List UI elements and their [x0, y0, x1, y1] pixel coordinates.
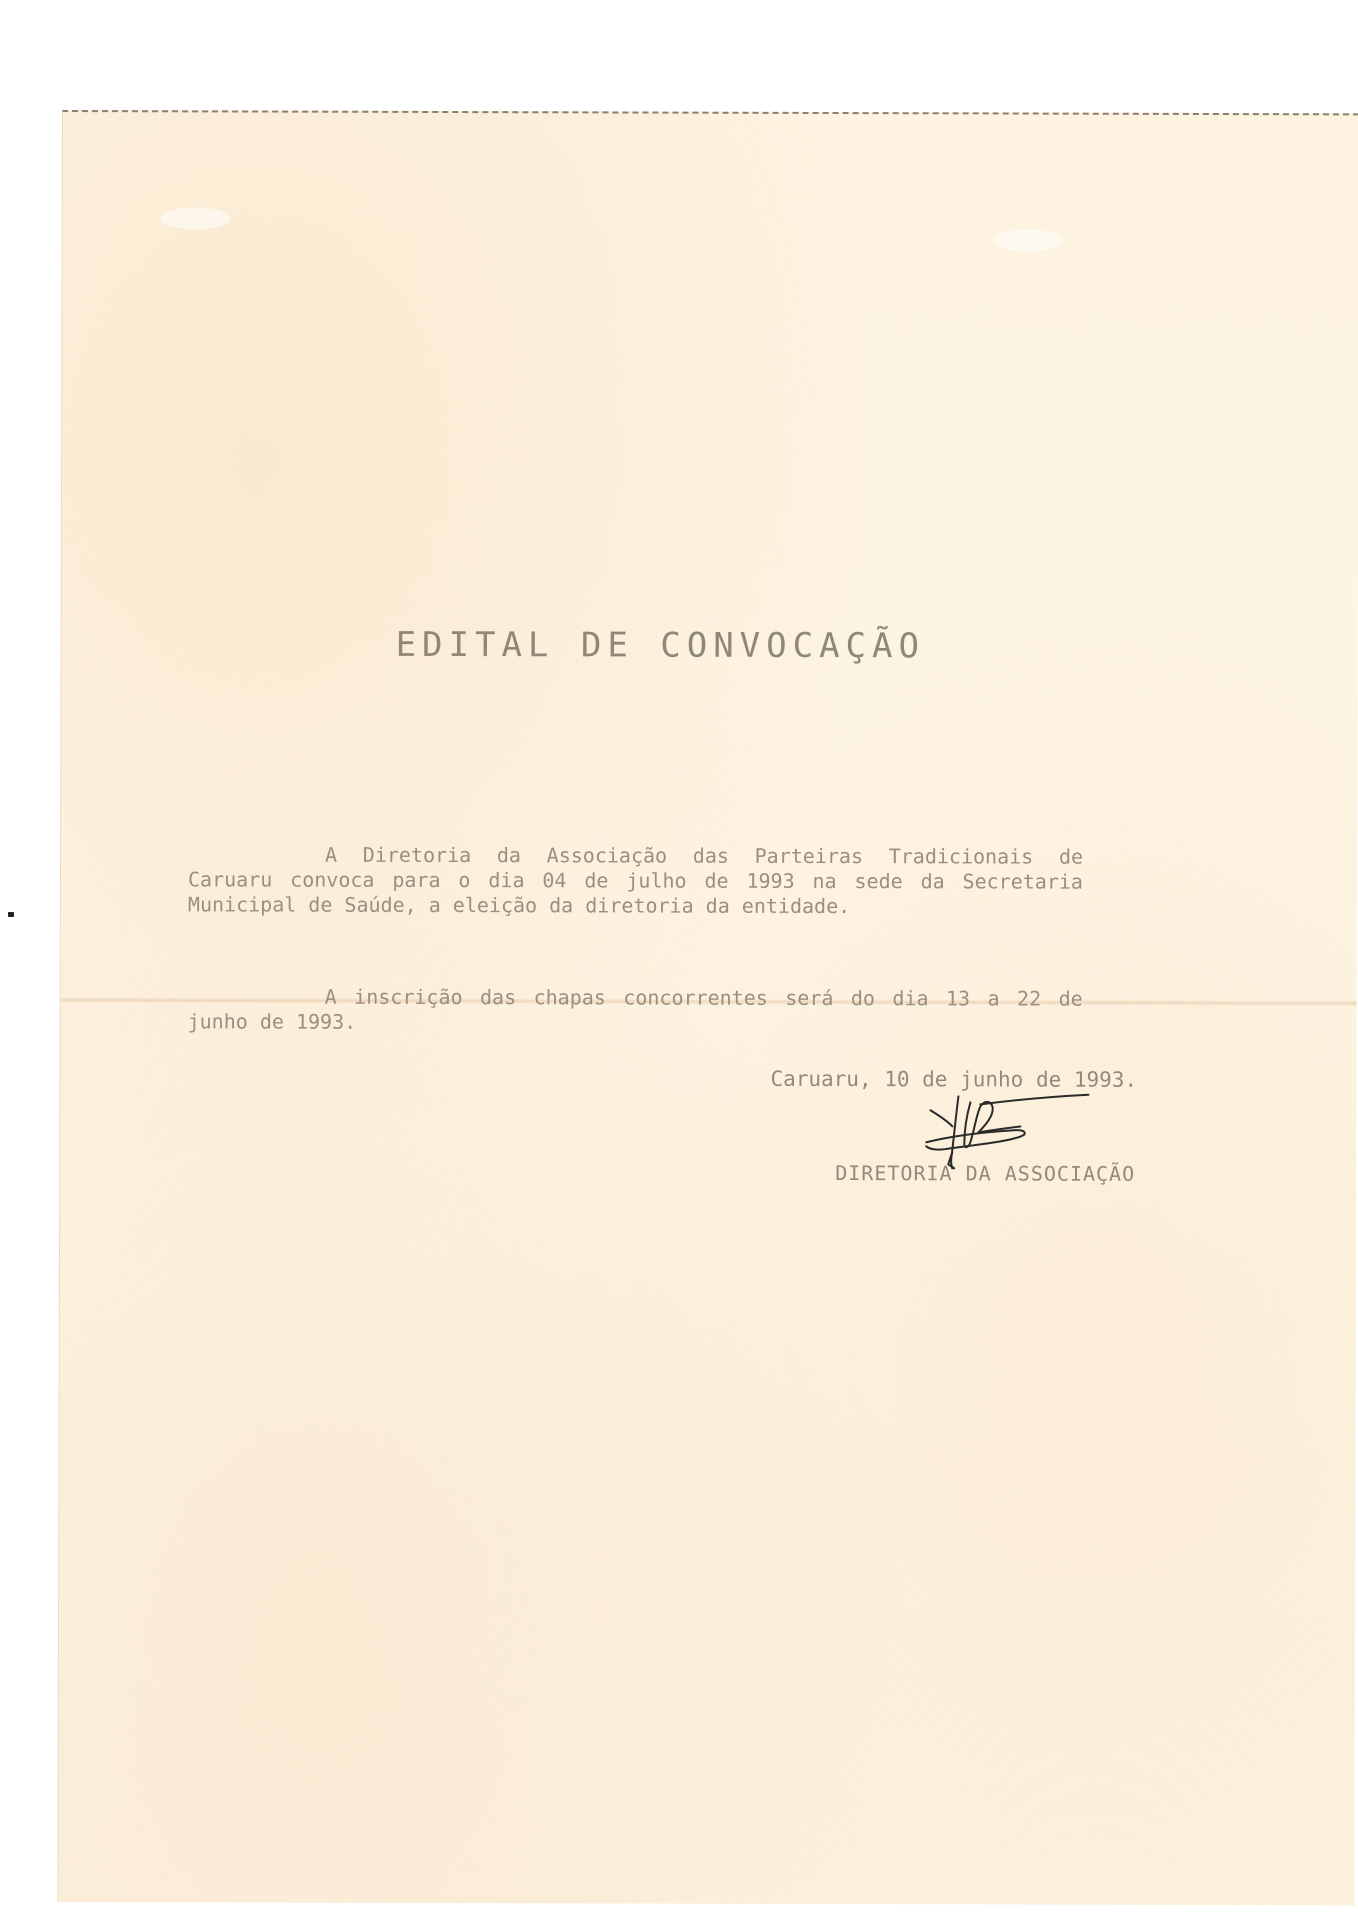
signatory-label: DIRETORIA DA ASSOCIAÇÃO	[835, 1161, 1135, 1186]
paragraph-registration: A inscrição das chapas concorrentes será…	[188, 984, 1083, 1036]
paper-smudge	[993, 229, 1063, 251]
document-title: EDITAL DE CONVOCAÇÃO	[396, 625, 926, 666]
paragraph-text: A inscrição das chapas concorrentes será…	[188, 985, 1083, 1034]
scan-artifact-dot	[8, 912, 14, 917]
document-page: EDITAL DE CONVOCAÇÃO A Diretoria da Asso…	[57, 110, 1358, 1905]
paragraph-convocation: A Diretoria da Associação das Parteiras …	[188, 842, 1083, 919]
place-date: Caruaru, 10 de junho de 1993.	[770, 1067, 1137, 1092]
paper-smudge	[161, 207, 231, 229]
paragraph-text: A Diretoria da Associação das Parteiras …	[188, 843, 1083, 918]
